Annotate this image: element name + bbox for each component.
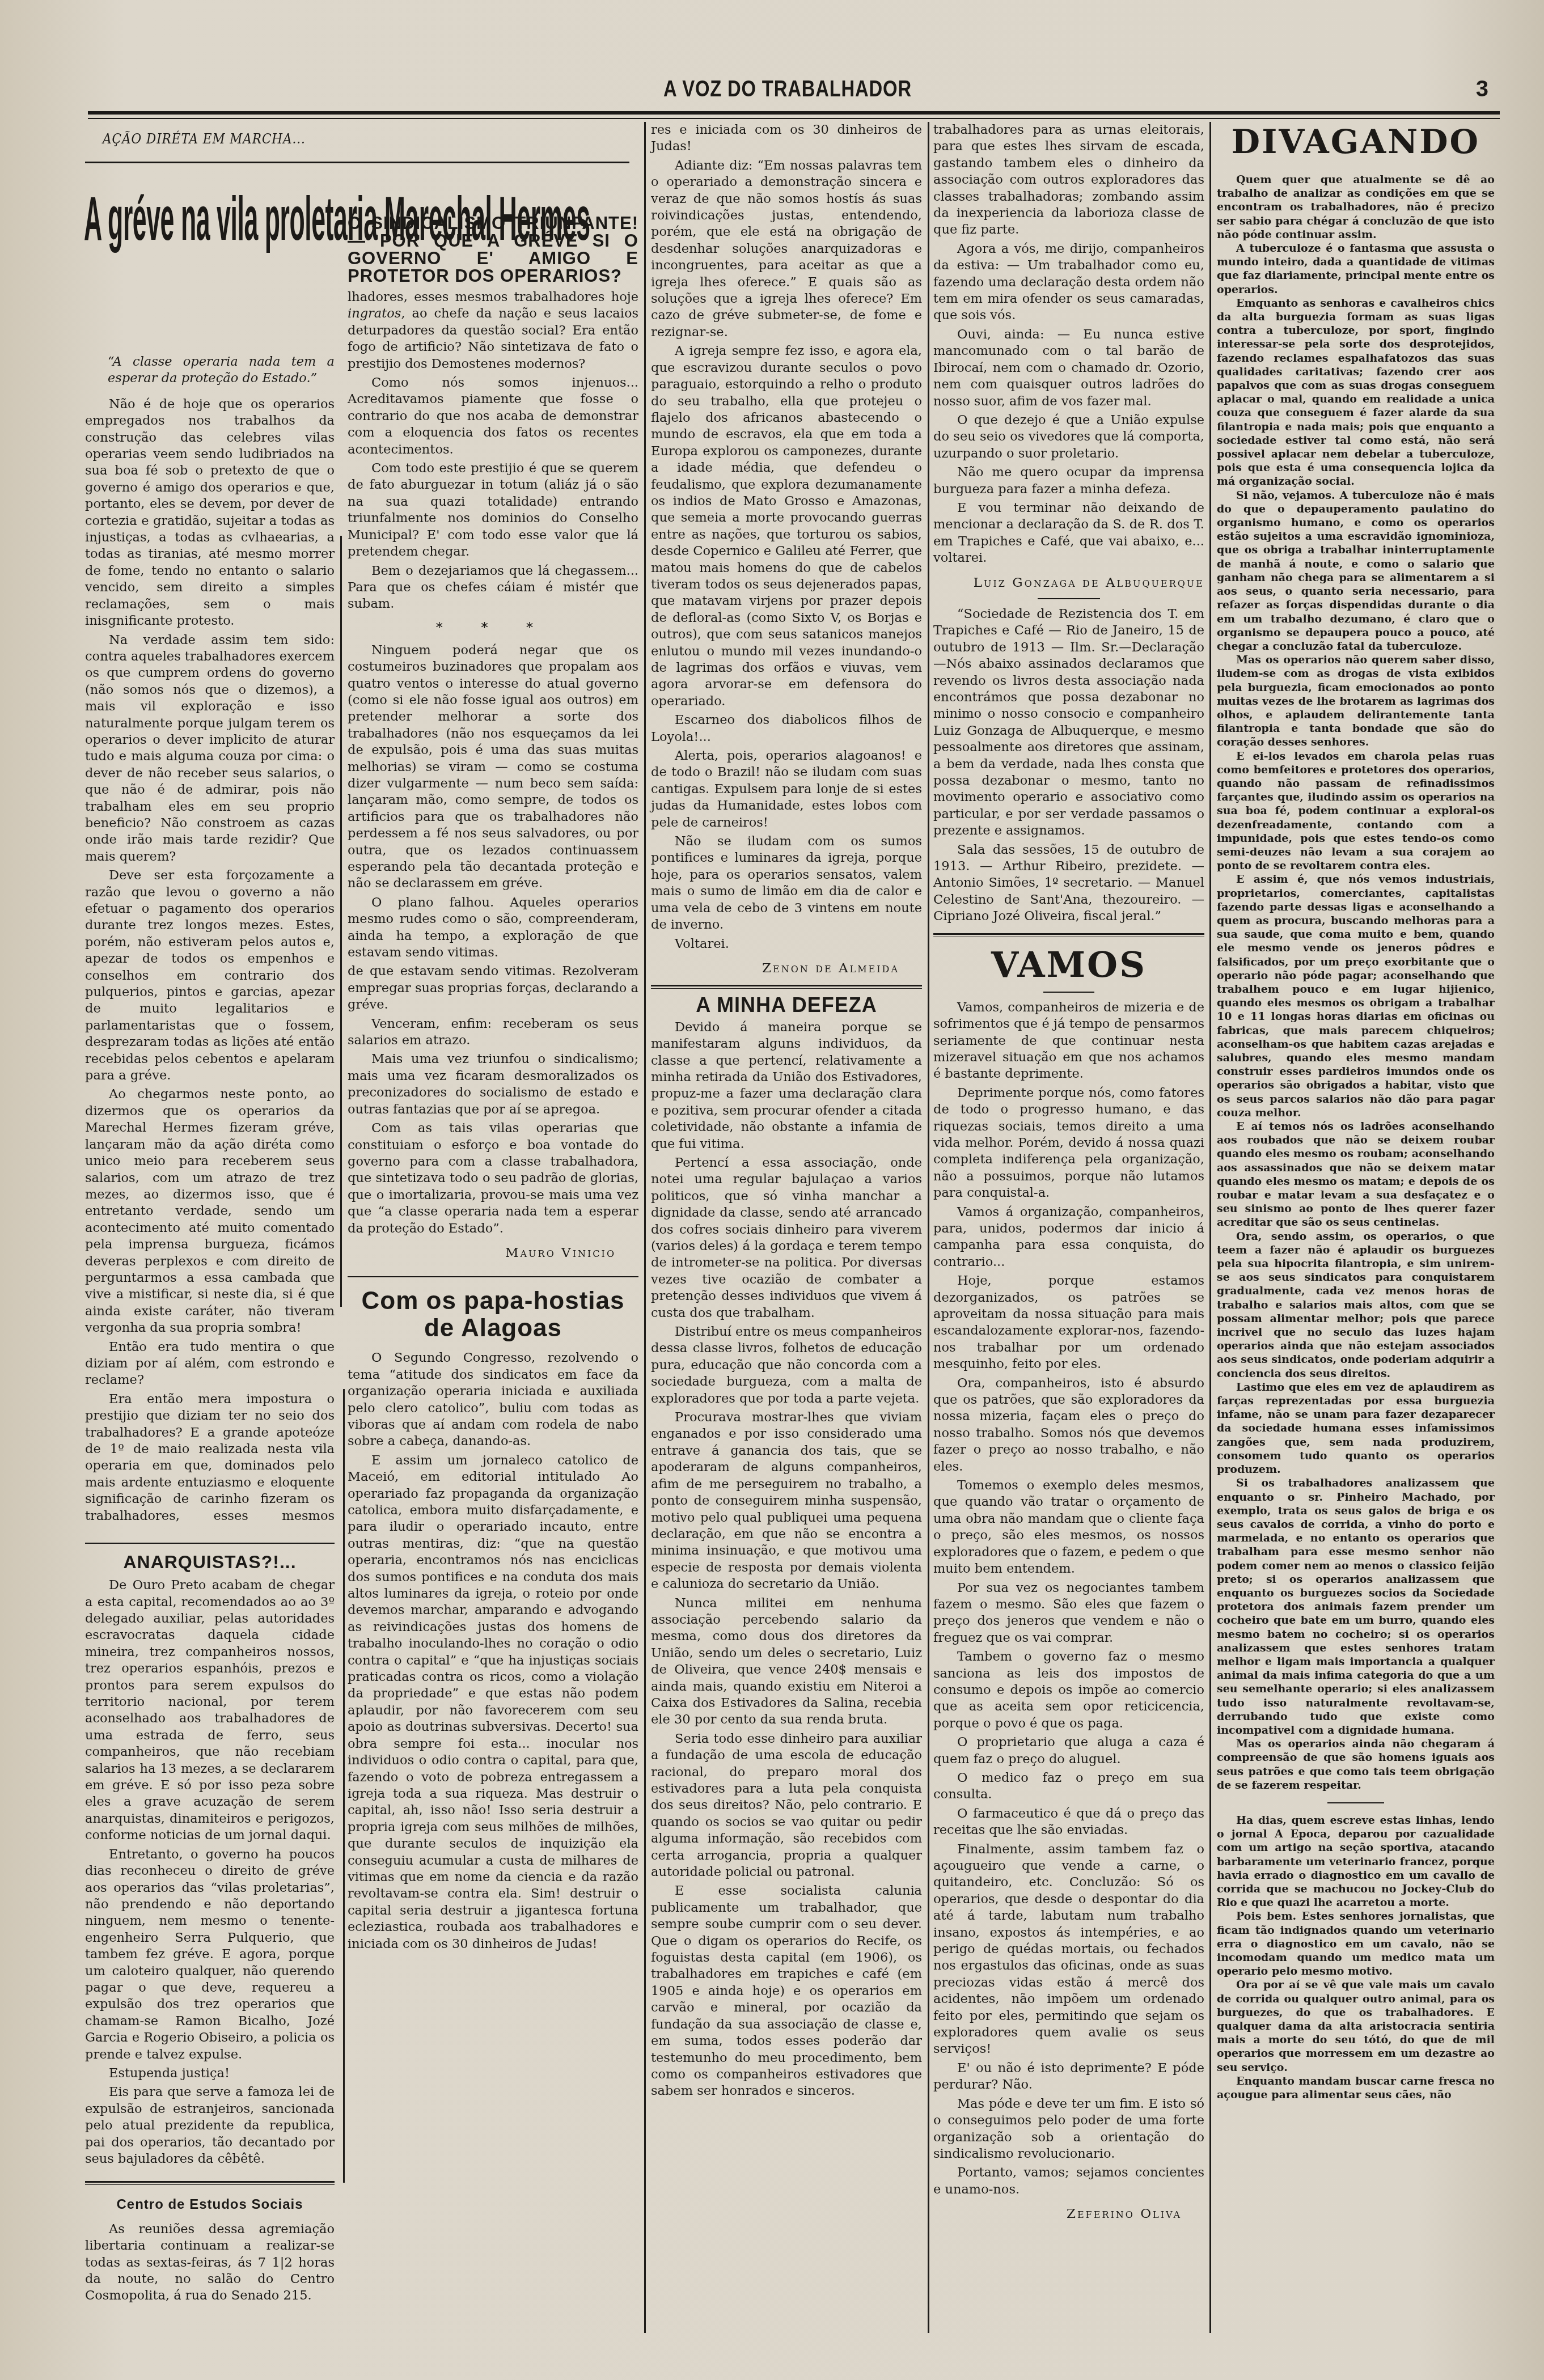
paragraph: Si não, vejamos. A tuberculoze não é mai…: [1217, 489, 1495, 653]
paragraph: Ninguem poderá negar que os costumeiros …: [348, 642, 638, 892]
divider: [1038, 598, 1100, 599]
divider: [1327, 1802, 1384, 1803]
centro-title: Centro de Estudos Sociais: [85, 2196, 335, 2213]
declaration-close: Sala das sessões, 15 de outubro de 1913.…: [933, 842, 1204, 925]
paragraph: Agora a vós, me dirijo, companheiros da …: [933, 241, 1204, 324]
paragraph: Quem quer que atualmente se dê ao trabal…: [1217, 173, 1495, 242]
headline: A gréve na vila proletaria Marechal Herm…: [84, 185, 308, 253]
column-4: trabalhadores para as urnas eleitorais, …: [933, 122, 1204, 2229]
paragraph: Vamos, companheiros de mizeria e de sofr…: [933, 1000, 1204, 1083]
signature: Zeferino Oliva: [933, 2206, 1182, 2222]
paragraph: Nunca militei em nenhuma associação perc…: [651, 1595, 922, 1729]
paragraph-continued: trabalhadores para as urnas eleitorais, …: [933, 122, 1204, 239]
divider: [651, 985, 922, 989]
masthead-rule: [88, 111, 1500, 115]
newspaper-page: A VOZ DO TRABALHADOR 3 AÇÃO DIRÉTA EM MA…: [85, 0, 1503, 2380]
paragraph: Portanto, vamos; sejamos concientes e un…: [933, 2165, 1204, 2198]
paragraph: E' ou não é isto deprimente? E póde perd…: [933, 2060, 1204, 2094]
column-divider: [928, 122, 929, 2333]
column-2: O SINDICALISMO TRIUNFANTE! — POR QUE A G…: [348, 214, 638, 1954]
paragraph: Mais uma vez triunfou o sindicalismo; ma…: [348, 1051, 638, 1118]
paragraph-continued: res e iniciada com os 30 dinheiros de Ju…: [651, 122, 922, 155]
paragraph: Ora, sendo assim, os operarios, o que te…: [1217, 1230, 1495, 1380]
paragraph: Mas os operarios ainda não chegaram á co…: [1217, 1737, 1495, 1792]
paragraph: Adiante diz: “Em nossas palavras tem o o…: [651, 158, 922, 341]
column-3: res e iniciada com os 30 dinheiros de Ju…: [651, 122, 922, 2102]
paragraph: Finalmente, assim tambem faz o açougueir…: [933, 1841, 1204, 2058]
paragraph: Alerta, pois, operarios alagoanos! e de …: [651, 748, 922, 831]
papa-hostias-title: Com os papa-hostias de Alagoas: [359, 1288, 627, 1342]
paragraph: Ha dias, quem escreve estas linhas, lend…: [1217, 1814, 1495, 1909]
paragraph: Na verdade assim tem sido: contra aquele…: [85, 632, 335, 866]
divider: [85, 1543, 335, 1544]
paragraph: Vamos á organização, companheiros, para,…: [933, 1204, 1204, 1271]
paragraph: Então era tudo mentira o que diziam por …: [85, 1339, 335, 1389]
masthead: A VOZ DO TRABALHADOR 3: [85, 77, 1503, 111]
masthead-rule-thin: [88, 118, 1500, 119]
paragraph: Ouvi, ainda: — Eu nunca estive mancomuna…: [933, 327, 1204, 410]
column-5: DIVAGANDO Quem quer que atualmente se dê…: [1217, 122, 1495, 2102]
paragraph: Entretanto, o governo ha poucos dias rec…: [85, 1847, 335, 2063]
divider: [1043, 992, 1094, 993]
paragraph: O proprietario que aluga a caza é quem f…: [933, 1734, 1204, 1768]
defeza-title: A MINHA DEFEZA: [651, 997, 922, 1013]
column-divider: [1209, 122, 1211, 2333]
section-stars: * * *: [348, 621, 638, 634]
paragraph: Ora por aí se vê que vale mais um cavalo…: [1217, 1978, 1495, 2074]
paragraph: O plano falhou. Aqueles operarios mesmo …: [348, 895, 638, 962]
paragraph: E assim um jornaleco catolico de Maceió,…: [348, 1452, 638, 1951]
column-1: “A classe operaria nada tem a esperar da…: [85, 346, 335, 2307]
signature: Luiz Gonzaga de Albuquerque: [933, 575, 1204, 591]
paragraph: As reuniões dessa agremiação libertaria …: [85, 2221, 335, 2305]
paragraph: A tuberculoze é o fantasma que assusta o…: [1217, 242, 1495, 297]
subhead: O SINDICALISMO TRIUNFANTE! — POR QUE A G…: [348, 214, 638, 285]
anarquistas-title: ANARQUISTAS?!...: [85, 1554, 335, 1570]
newspaper-title: A VOZ DO TRABALHADOR: [663, 77, 912, 102]
paragraph: Eis para que serve a famoza lei de expul…: [85, 2084, 335, 2167]
paragraph: Era então mera impostura o prestijio que…: [85, 1391, 335, 1524]
paragraph: Devido á maneira porque se manifestaram …: [651, 1019, 922, 1153]
paragraph: O Segundo Congresso, rezolvendo o tema “…: [348, 1350, 638, 1450]
paragraph: Si os trabalhadores analizassem que enqu…: [1217, 1476, 1495, 1737]
paragraph: O farmaceutico é que dá o preço das rece…: [933, 1806, 1204, 1839]
paragraph: Pertencí a essa associação, onde notei u…: [651, 1155, 922, 1322]
divider: [933, 933, 1204, 937]
paragraph: De Ouro Preto acabam de chegar a esta ca…: [85, 1577, 335, 1844]
paragraph: E assim é, que nós vemos industriais, pr…: [1217, 873, 1495, 1120]
paragraph: E esse socialista calunia publicamente u…: [651, 1883, 922, 2099]
paragraph: Seria todo esse dinheiro para auxiliar a…: [651, 1731, 922, 1881]
paragraph: Ora, companheiros, isto é absurdo que os…: [933, 1375, 1204, 1475]
paragraph: Como nós somos injenuos... Acreditavamos…: [348, 375, 638, 458]
paragraph: Não se iludam com os sumos pontifices e …: [651, 833, 922, 933]
kicker: AÇÃO DIRÉTA EM MARCHA...: [97, 131, 311, 147]
paragraph: Distribuí entre os meus companheiros des…: [651, 1324, 922, 1407]
paragraph: A igreja sempre fez isso, e agora ela, q…: [651, 343, 922, 710]
divider: [85, 2181, 335, 2185]
column-divider: [644, 122, 646, 2333]
paragraph: Procurava mostrar-lhes que viviam engana…: [651, 1409, 922, 1593]
paragraph: Enquanto mandam buscar carne fresca no a…: [1217, 2074, 1495, 2102]
divider: [348, 1276, 638, 1277]
signature: Zenon de Almeida: [651, 960, 899, 977]
paragraph: Mas os operarios não querem saber disso,…: [1217, 653, 1495, 749]
divagando-title: DIVAGANDO: [1217, 122, 1495, 162]
epigraph: “A classe operaria nada tem a esperar da…: [108, 354, 335, 387]
paragraph: Hoje, porque estamos dezorganizados, os …: [933, 1273, 1204, 1373]
paragraph-continued: lhadores, esses mesmos trabalhadores hoj…: [348, 289, 638, 372]
paragraph: E aí temos nós os ladrões aconselhando a…: [1217, 1120, 1495, 1230]
paragraph: Ao chegarmos neste ponto, ao dizermos qu…: [85, 1086, 335, 1336]
signature: Mauro Vinicio: [348, 1245, 616, 1261]
paragraph: Com as tais vilas operarias que constitu…: [348, 1120, 638, 1237]
paragraph: Deve ser esta forçozamente a razão que l…: [85, 867, 335, 1084]
paragraph: Mas póde e deve ter um fim. E isto só o …: [933, 2096, 1204, 2163]
paragraph: E vou terminar não deixando de mencionar…: [933, 500, 1204, 567]
paragraph: de que estavam sendo vitimas. Rezolveram…: [348, 963, 638, 1013]
paragraph: Por sua vez os negociantes tambem fazem …: [933, 1580, 1204, 1647]
paragraph: Bem o dezejariamos que lá chegassem... P…: [348, 563, 638, 613]
paragraph: Não é de hoje que os operarios empregado…: [85, 396, 335, 630]
paragraph: O medico faz o preço em sua consulta.: [933, 1770, 1204, 1803]
paragraph: Deprimente porque nós, como fatores de t…: [933, 1085, 1204, 1202]
paragraph: O que dezejo é que a União expulse do se…: [933, 412, 1204, 462]
paragraph: Tambem o governo faz o mesmo sanciona as…: [933, 1649, 1204, 1732]
paragraph: Não me quero ocupar da imprensa burgueza…: [933, 464, 1204, 498]
paragraph: Voltarei.: [651, 936, 922, 952]
column-divider: [340, 536, 342, 1307]
kicker-rule: [85, 162, 629, 163]
vamos-title: VAMOS: [933, 945, 1204, 985]
paragraph: E ei-los levados em charola pelas ruas c…: [1217, 749, 1495, 873]
page-number: 3: [1476, 77, 1488, 102]
declaration: “Sociedade de Rezistencia dos T. em Trap…: [933, 606, 1204, 840]
paragraph: Estupenda justiça!: [85, 2065, 335, 2082]
paragraph: Venceram, enfim: receberam os seus salar…: [348, 1016, 638, 1049]
paragraph: Lastimo que eles em vez de aplaudirem as…: [1217, 1380, 1495, 1476]
paragraph: Tomemos o exemplo deles mesmos, que quan…: [933, 1477, 1204, 1577]
paragraph: Escarneo dos diabolicos filhos de Loyola…: [651, 712, 922, 746]
column-divider: [343, 1389, 345, 2183]
paragraph: Com todo este prestijio é que se querem …: [348, 460, 638, 560]
paragraph: Emquanto as senhoras e cavalheiros chics…: [1217, 297, 1495, 489]
paragraph: Pois bem. Estes senhores jornalistas, qu…: [1217, 1909, 1495, 1978]
